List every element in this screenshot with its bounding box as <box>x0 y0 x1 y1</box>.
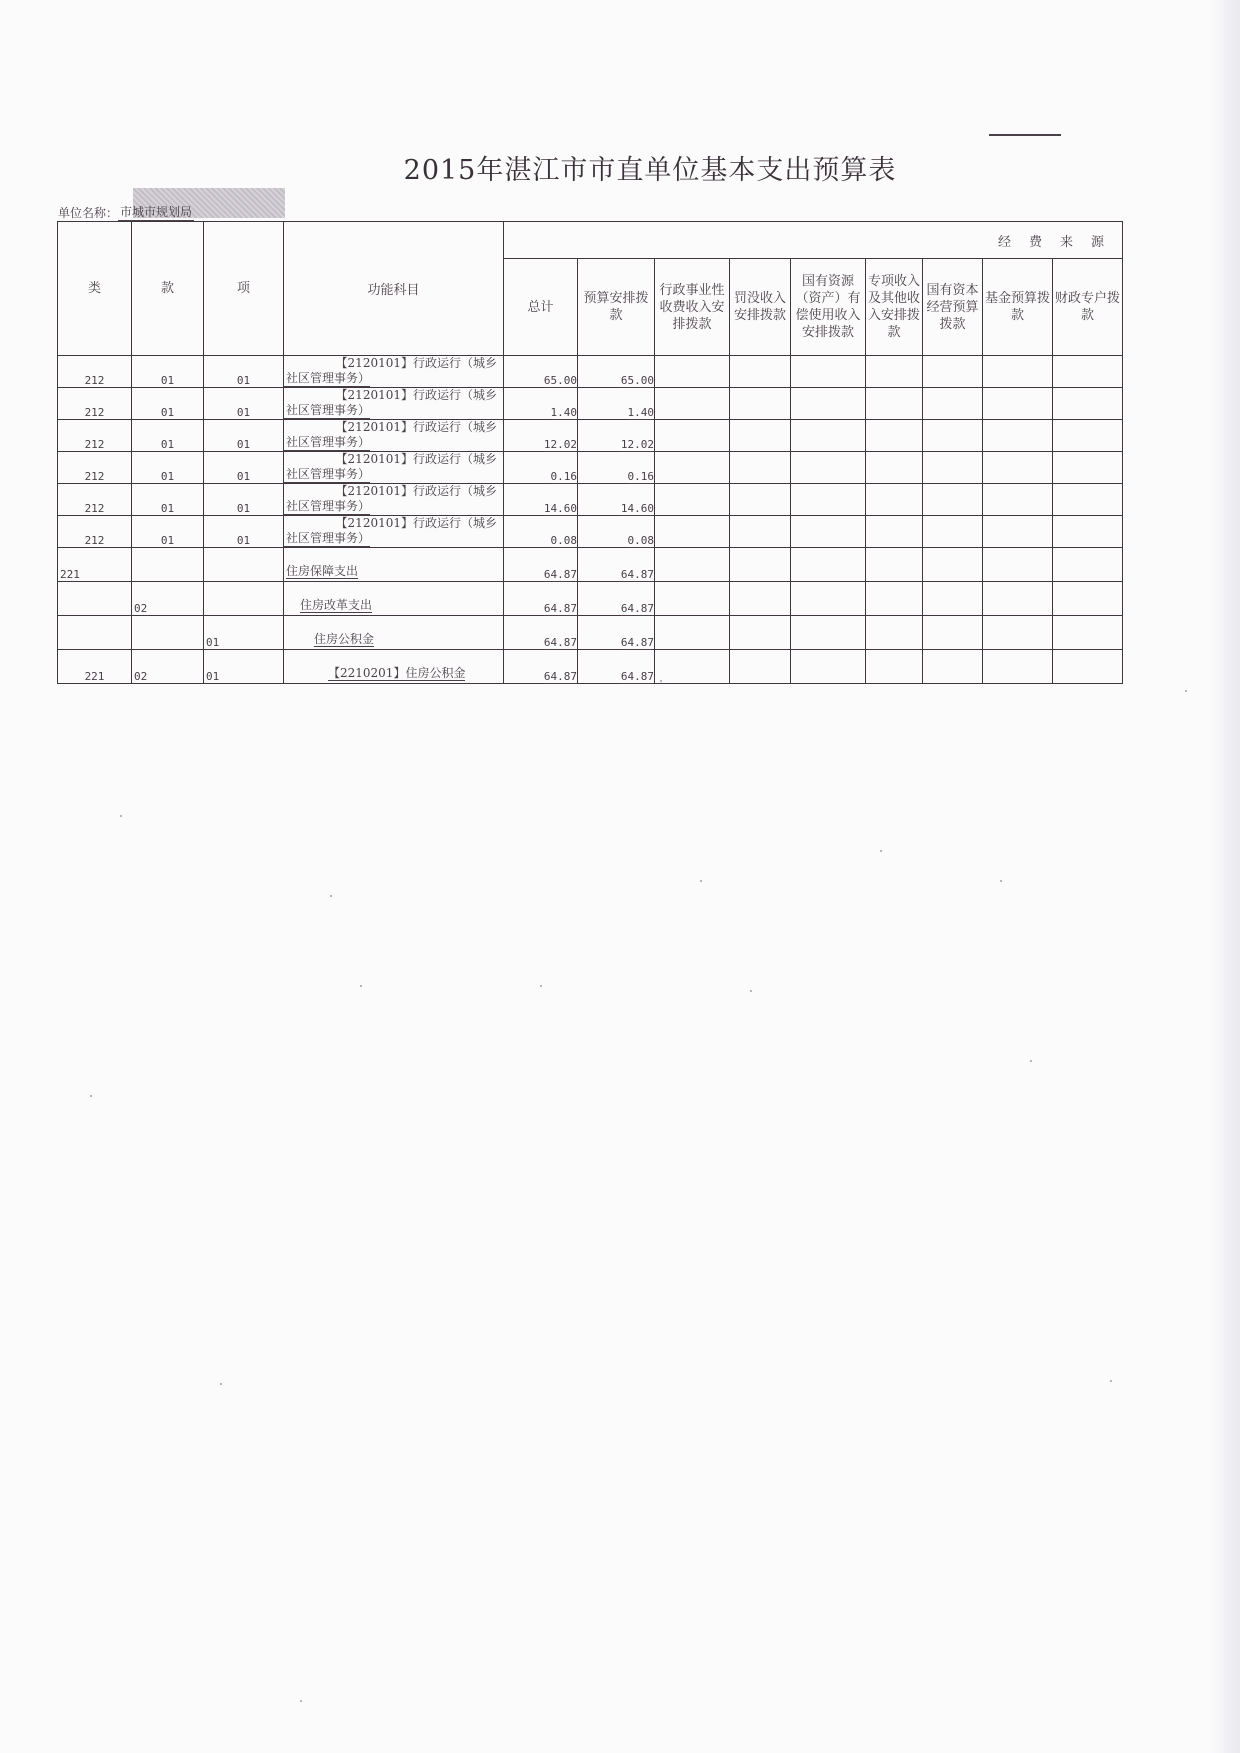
cell-lei: 212 <box>58 356 132 388</box>
cell-empty <box>866 452 923 484</box>
cell-xiang: 01 <box>204 356 284 388</box>
cell-function-subject: 【2120101】行政运行（城乡社区管理事务） <box>284 356 504 388</box>
cell-lei: 212 <box>58 452 132 484</box>
cell-empty <box>866 420 923 452</box>
cell-empty <box>730 616 791 650</box>
cell-lei: 221 <box>58 650 132 684</box>
cell-total: 64.87 <box>504 582 578 616</box>
amount: 14.60 <box>544 502 577 516</box>
amount: 1.40 <box>628 406 655 420</box>
cell-function-subject: 【2120101】行政运行（城乡社区管理事务） <box>284 484 504 516</box>
cell-empty <box>1053 356 1123 388</box>
cell-empty <box>983 452 1053 484</box>
cell-empty <box>655 484 730 516</box>
cell-lei: 221 <box>58 548 132 582</box>
cell-empty <box>923 516 983 548</box>
cell-empty <box>1053 548 1123 582</box>
cell-total: 12.02 <box>504 420 578 452</box>
amount: 65.00 <box>621 374 654 388</box>
cell-empty <box>1053 582 1123 616</box>
amount: 64.87 <box>544 568 577 582</box>
cell-empty <box>1053 650 1123 684</box>
amount: 12.02 <box>544 438 577 452</box>
cell-function-subject: 【2120101】行政运行（城乡社区管理事务） <box>284 420 504 452</box>
cell-empty <box>1053 484 1123 516</box>
cell-total: 65.00 <box>504 356 578 388</box>
cell-empty <box>1053 388 1123 420</box>
subject-line-1: 【2120101】行政运行（城乡 <box>284 420 503 435</box>
document-title: 2015年湛江市市直单位基本支出预算表 <box>0 148 1240 187</box>
amount: 1.40 <box>551 406 578 420</box>
cell-lei: 212 <box>58 388 132 420</box>
scan-speck <box>1030 1060 1032 1062</box>
cell-xiang <box>204 548 284 582</box>
cell-empty <box>655 582 730 616</box>
cell-xiang: 01 <box>204 616 284 650</box>
cell-empty <box>983 516 1053 548</box>
cell-empty <box>730 548 791 582</box>
amount: 0.08 <box>628 534 655 548</box>
cell-empty <box>866 484 923 516</box>
table-row: 2120101【2120101】行政运行（城乡社区管理事务）14.6014.60 <box>58 484 1123 516</box>
cell-empty <box>923 420 983 452</box>
subject-line-2: 社区管理事务） <box>284 531 370 547</box>
cell-empty <box>983 420 1053 452</box>
cell-empty <box>923 484 983 516</box>
cell-function-subject: 【2120101】行政运行（城乡社区管理事务） <box>284 516 504 548</box>
scan-speck <box>90 1095 92 1097</box>
cell-empty <box>655 650 730 684</box>
amount: 64.87 <box>544 636 577 650</box>
cell-empty <box>983 548 1053 582</box>
cell-kuan <box>132 548 204 582</box>
cell-empty <box>791 516 866 548</box>
cell-function-subject: 【2120101】行政运行（城乡社区管理事务） <box>284 452 504 484</box>
cell-empty <box>730 650 791 684</box>
cell-empty <box>655 388 730 420</box>
header-sub: 国有资本经营预算拨款 <box>923 259 983 356</box>
cell-empty <box>655 452 730 484</box>
table-row: 2210201【2210201】住房公积金64.8764.87 <box>58 650 1123 684</box>
cell-lei <box>58 582 132 616</box>
cell-empty <box>730 356 791 388</box>
cell-budget: 64.87 <box>578 582 655 616</box>
cell-budget: 64.87 <box>578 650 655 684</box>
amount: 64.87 <box>544 670 577 684</box>
cell-empty <box>983 616 1053 650</box>
cell-total: 0.08 <box>504 516 578 548</box>
cell-empty <box>1053 420 1123 452</box>
subject-line-2: 社区管理事务） <box>284 435 370 451</box>
header-sub: 专项收入及其他收入安排拨款 <box>866 259 923 356</box>
cell-kuan: 01 <box>132 484 204 516</box>
cell-function-subject: 【2210201】住房公积金 <box>284 650 504 684</box>
cell-total: 14.60 <box>504 484 578 516</box>
cell-empty <box>923 616 983 650</box>
cell-empty <box>866 650 923 684</box>
subject-line-2: 社区管理事务） <box>284 403 370 419</box>
header-function-subject: 功能科目 <box>284 222 504 356</box>
scan-speck <box>120 815 122 817</box>
table-row: 2120101【2120101】行政运行（城乡社区管理事务）0.160.16 <box>58 452 1123 484</box>
table-row: 2120101【2120101】行政运行（城乡社区管理事务）0.080.08 <box>58 516 1123 548</box>
subject-text: 住房公积金 <box>314 632 374 647</box>
cell-empty <box>983 582 1053 616</box>
cell-empty <box>983 484 1053 516</box>
subject-text: 住房保障支出 <box>286 564 358 579</box>
cell-empty <box>923 356 983 388</box>
scan-speck <box>750 990 752 992</box>
header-lei: 类 <box>58 222 132 356</box>
cell-empty <box>730 388 791 420</box>
scan-speck <box>300 1700 302 1702</box>
cell-empty <box>730 484 791 516</box>
cell-empty <box>1053 516 1123 548</box>
table-row: 221住房保障支出64.8764.87 <box>58 548 1123 582</box>
scan-speck <box>540 985 542 987</box>
subject-text: 住房改革支出 <box>300 598 372 613</box>
cell-empty <box>866 388 923 420</box>
scan-speck <box>360 985 362 987</box>
cell-empty <box>983 356 1053 388</box>
cell-empty <box>923 582 983 616</box>
cell-lei <box>58 616 132 650</box>
cell-empty <box>791 616 866 650</box>
cell-xiang <box>204 582 284 616</box>
unit-value: 市城市规划局 <box>118 203 194 221</box>
scan-speck <box>1110 1380 1112 1382</box>
cell-budget: 12.02 <box>578 420 655 452</box>
scan-speck <box>660 680 662 682</box>
cell-total: 0.16 <box>504 452 578 484</box>
cell-empty <box>866 548 923 582</box>
header-xiang: 项 <box>204 222 284 356</box>
budget-table: 类 款 项 功能科目 经费来源 总计 预算安排拨款 行政事业性收费收入安排拨款 … <box>57 221 1123 684</box>
scan-speck <box>880 850 882 852</box>
table-row: 2120101【2120101】行政运行（城乡社区管理事务）1.401.40 <box>58 388 1123 420</box>
cell-lei: 212 <box>58 484 132 516</box>
cell-empty <box>923 388 983 420</box>
table-row: 2120101【2120101】行政运行（城乡社区管理事务）12.0212.02 <box>58 420 1123 452</box>
cell-total: 1.40 <box>504 388 578 420</box>
amount: 0.16 <box>551 470 578 484</box>
cell-total: 64.87 <box>504 616 578 650</box>
subject-line-1: 【2120101】行政运行（城乡 <box>284 452 503 467</box>
scan-edge-shadow <box>1210 0 1240 1753</box>
subject-line-2: 社区管理事务） <box>284 467 370 483</box>
cell-empty <box>791 388 866 420</box>
cell-xiang: 01 <box>204 388 284 420</box>
cell-kuan: 02 <box>132 650 204 684</box>
cell-empty <box>655 548 730 582</box>
header-sub: 预算安排拨款 <box>578 259 655 356</box>
cell-function-subject: 住房改革支出 <box>284 582 504 616</box>
cell-empty <box>923 650 983 684</box>
cell-empty <box>791 356 866 388</box>
header-kuan: 款 <box>132 222 204 356</box>
unit-name-row: 单位名称： 市城市规划局 <box>58 203 194 221</box>
cell-total: 64.87 <box>504 650 578 684</box>
cell-empty <box>791 548 866 582</box>
cell-empty <box>866 516 923 548</box>
cell-empty <box>1053 452 1123 484</box>
cell-empty <box>791 650 866 684</box>
cell-budget: 64.87 <box>578 548 655 582</box>
cell-kuan: 02 <box>132 582 204 616</box>
cell-empty <box>791 452 866 484</box>
subject-text: 【2210201】住房公积金 <box>328 666 465 681</box>
subject-line-1: 【2120101】行政运行（城乡 <box>284 484 503 499</box>
header-sub: 行政事业性收费收入安排拨款 <box>655 259 730 356</box>
cell-kuan: 01 <box>132 420 204 452</box>
amount: 64.87 <box>621 670 654 684</box>
cell-function-subject: 【2120101】行政运行（城乡社区管理事务） <box>284 388 504 420</box>
unit-label: 单位名称： <box>58 204 118 221</box>
cell-empty <box>655 616 730 650</box>
header-sub: 财政专户拨款 <box>1053 259 1123 356</box>
cell-function-subject: 住房保障支出 <box>284 548 504 582</box>
cell-xiang: 01 <box>204 452 284 484</box>
subject-line-1: 【2120101】行政运行（城乡 <box>284 356 503 371</box>
table-row: 2120101【2120101】行政运行（城乡社区管理事务）65.0065.00 <box>58 356 1123 388</box>
cell-empty <box>791 484 866 516</box>
cell-total: 64.87 <box>504 548 578 582</box>
cell-kuan: 01 <box>132 356 204 388</box>
corner-rule <box>989 134 1061 136</box>
cell-lei: 212 <box>58 420 132 452</box>
cell-empty <box>923 548 983 582</box>
cell-empty <box>866 616 923 650</box>
cell-empty <box>655 356 730 388</box>
cell-empty <box>655 420 730 452</box>
cell-empty <box>730 582 791 616</box>
cell-budget: 14.60 <box>578 484 655 516</box>
scan-speck <box>1185 690 1187 692</box>
cell-budget: 64.87 <box>578 616 655 650</box>
cell-empty <box>791 582 866 616</box>
scan-speck <box>700 880 702 882</box>
cell-empty <box>983 650 1053 684</box>
cell-empty <box>866 582 923 616</box>
subject-line-2: 社区管理事务） <box>284 371 370 387</box>
header-sub: 国有资源（资产）有偿使用收入安排拨款 <box>791 259 866 356</box>
table-body: 2120101【2120101】行政运行（城乡社区管理事务）65.0065.00… <box>58 356 1123 684</box>
cell-kuan: 01 <box>132 452 204 484</box>
cell-function-subject: 住房公积金 <box>284 616 504 650</box>
cell-empty <box>983 388 1053 420</box>
cell-lei: 212 <box>58 516 132 548</box>
cell-budget: 0.08 <box>578 516 655 548</box>
header-funding-source: 经费来源 <box>504 222 1123 259</box>
cell-empty <box>730 452 791 484</box>
amount: 0.08 <box>551 534 578 548</box>
cell-budget: 1.40 <box>578 388 655 420</box>
amount: 0.16 <box>628 470 655 484</box>
header-total: 总计 <box>504 259 578 356</box>
cell-xiang: 01 <box>204 420 284 452</box>
cell-empty <box>791 420 866 452</box>
cell-budget: 65.00 <box>578 356 655 388</box>
cell-xiang: 01 <box>204 650 284 684</box>
cell-empty <box>1053 616 1123 650</box>
table-row: 01住房公积金64.8764.87 <box>58 616 1123 650</box>
cell-kuan <box>132 616 204 650</box>
amount: 65.00 <box>544 374 577 388</box>
amount: 14.60 <box>621 502 654 516</box>
scan-speck <box>220 1383 222 1385</box>
cell-empty <box>730 420 791 452</box>
cell-kuan: 01 <box>132 516 204 548</box>
cell-xiang: 01 <box>204 484 284 516</box>
cell-empty <box>655 516 730 548</box>
cell-kuan: 01 <box>132 388 204 420</box>
table-row: 02住房改革支出64.8764.87 <box>58 582 1123 616</box>
header-sub: 罚没收入安排拨款 <box>730 259 791 356</box>
scan-speck <box>330 895 332 897</box>
header-sub: 基金预算拨款 <box>983 259 1053 356</box>
amount: 64.87 <box>544 602 577 616</box>
subject-line-2: 社区管理事务） <box>284 499 370 515</box>
cell-xiang: 01 <box>204 516 284 548</box>
cell-empty <box>866 356 923 388</box>
amount: 64.87 <box>621 602 654 616</box>
cell-empty <box>923 452 983 484</box>
subject-line-1: 【2120101】行政运行（城乡 <box>284 516 503 531</box>
subject-line-1: 【2120101】行政运行（城乡 <box>284 388 503 403</box>
cell-budget: 0.16 <box>578 452 655 484</box>
amount: 12.02 <box>621 438 654 452</box>
cell-empty <box>730 516 791 548</box>
amount: 64.87 <box>621 568 654 582</box>
scan-speck <box>1000 880 1002 882</box>
amount: 64.87 <box>621 636 654 650</box>
